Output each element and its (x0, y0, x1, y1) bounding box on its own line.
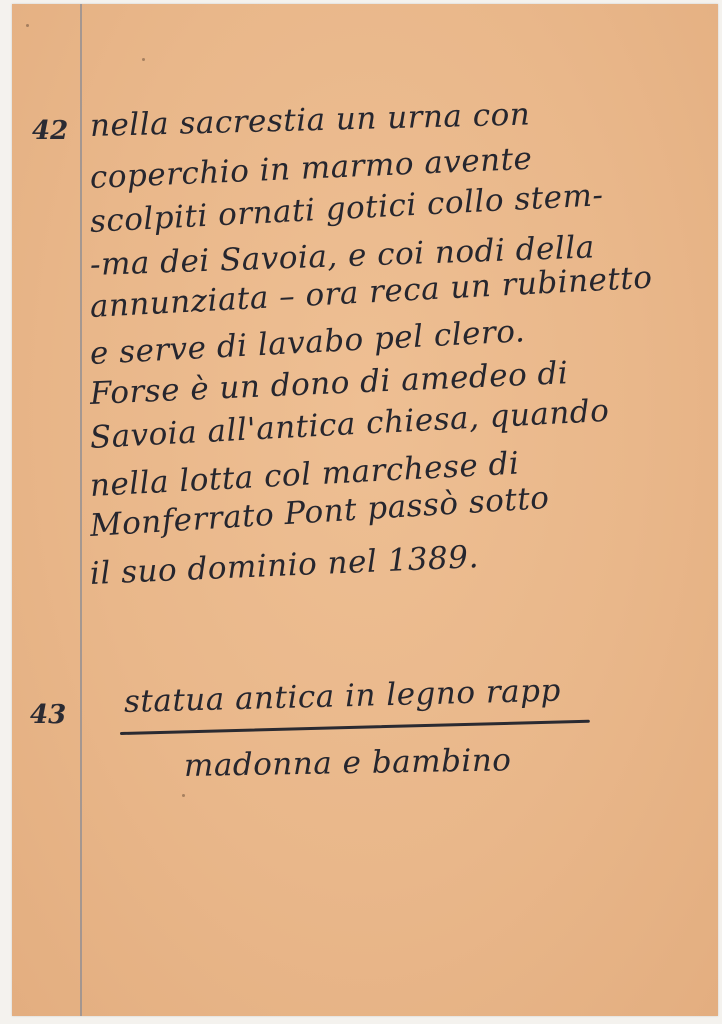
paper-speck (26, 24, 29, 27)
paper-speck (142, 58, 145, 61)
entry-line: il suo dominio nel 1389. (89, 539, 479, 592)
entry-line: nella sacrestia un urna con (90, 96, 531, 144)
entry-number: 42 (32, 116, 68, 146)
entry-number: 43 (30, 700, 66, 730)
margin-rule (80, 4, 82, 1016)
entry-line: statua antica in legno rapp (124, 673, 562, 720)
title-underline (120, 720, 590, 735)
entry-line: madonna e bambino (184, 742, 512, 784)
document-page: 42 nella sacrestia un urna con coperchio… (12, 4, 718, 1016)
paper-speck (182, 794, 185, 797)
